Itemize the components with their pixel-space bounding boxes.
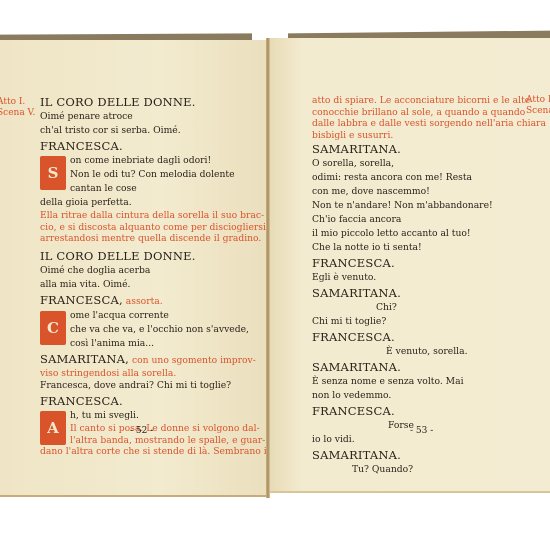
margin-note-act: Atto I. <box>0 97 35 108</box>
speaker: FRANCESCA. <box>312 255 546 271</box>
verse-block-with-initial: S on come inebriate dagli odori! Non le … <box>40 154 273 196</box>
stage-direction: atto di spiare. Le acconciature bicorni … <box>312 95 546 107</box>
stage-direction: viso stringendosi alla sorella. <box>40 368 273 380</box>
stage-direction: Ella ritrae dalla cintura della sorella … <box>40 210 273 222</box>
stage-direction: arrestandosi mentre quella discende il g… <box>40 233 273 245</box>
speaker: FRANCESCA. <box>40 393 273 409</box>
verse-line: della gioia perfetta. <box>40 196 273 210</box>
illuminated-initial: S <box>40 156 66 190</box>
verse-line: on come inebriate dagli odori! <box>40 154 273 168</box>
speaker: IL CORO DELLE DONNE. <box>40 94 273 110</box>
verse-line: Oimé che doglia acerba <box>40 264 273 278</box>
speaker: FRANCESCA. <box>312 403 546 419</box>
speaker: SAMARITANA. <box>312 285 546 301</box>
stage-direction: dalle labbra e dalle vesti sorgendo nell… <box>312 118 546 130</box>
left-margin-note: Atto I. Scena V. <box>0 97 35 119</box>
speaker: SAMARITANA. <box>312 141 546 157</box>
verse-line: Ch'io faccia ancora <box>312 213 546 227</box>
speaker: IL CORO DELLE DONNE. <box>40 248 273 264</box>
verse-line: Chi mi ti toglie? <box>312 315 546 329</box>
speaker: FRANCESCA. <box>40 138 273 154</box>
open-book: Atto I. Scena V. IL CORO DELLE DONNE. Oi… <box>0 30 550 510</box>
illuminated-initial: C <box>40 311 66 345</box>
verse-line: Francesca, dove andrai? Chi mi ti toglie… <box>40 379 273 393</box>
speaker: SAMARITANA, <box>40 352 129 366</box>
stage-direction: assorta. <box>126 296 163 307</box>
margin-note-scene: Scena V. <box>0 108 35 119</box>
stage-direction: bisbigli e susurri. <box>312 130 546 142</box>
book-gutter <box>266 38 270 498</box>
verse-line: È venuto, sorella. <box>312 345 546 359</box>
stage-direction: cio, e si discosta alquanto come per dis… <box>40 222 273 234</box>
verse-line: cantan le cose <box>40 182 273 196</box>
verse-line: ome l'acqua corrente <box>40 309 273 323</box>
left-page-text: IL CORO DELLE DONNE. Oimé penare atroce … <box>40 94 273 458</box>
stage-direction: conocchie brillano al sole, a quando a q… <box>312 107 546 119</box>
illuminated-initial: A <box>40 411 66 445</box>
verse-block-with-initial: A h, tu mi svegli. Il canto si posa. Le … <box>40 409 273 446</box>
verse-line: alla mia vita. Oimé. <box>40 278 273 292</box>
right-page-text: atto di spiare. Le acconciature bicorni … <box>312 95 546 477</box>
stage-direction: Il canto si posa. Le donne si volgono da… <box>40 423 273 435</box>
verse-line: Non le odi tu? Con melodia dolente <box>40 168 273 182</box>
speaker: SAMARITANA. <box>312 359 546 375</box>
page-number: - 52 - <box>130 426 153 436</box>
verse-line: Chi? <box>312 301 546 315</box>
verse-line: Tu? Quando? <box>312 463 546 477</box>
verse-line: O sorella, sorella, <box>312 157 546 171</box>
verse-line: Egli è venuto. <box>312 271 546 285</box>
verse-line: Non te n'andare! Non m'abbandonare! <box>312 199 546 213</box>
speaker: SAMARITANA. <box>312 447 546 463</box>
verse-line: È senza nome e senza volto. Mai <box>312 375 546 389</box>
verse-block-with-initial: C ome l'acqua corrente che va che va, e … <box>40 309 273 351</box>
verse-line: il mio piccolo letto accanto al tuo! <box>312 227 546 241</box>
verse-line: che va che va, e l'occhio non s'avvede, <box>40 323 273 337</box>
stage-direction: dano l'altra corte che si stende di là. … <box>40 446 273 458</box>
verse-line: Che la notte io ti senta! <box>312 241 546 255</box>
page-number: - 53 - <box>410 426 433 436</box>
speaker: FRANCESCA, <box>40 293 123 307</box>
verse-line: h, tu mi svegli. <box>40 409 273 423</box>
verse-line: odimi: resta ancora con me! Resta <box>312 171 546 185</box>
speaker: FRANCESCA. <box>312 329 546 345</box>
left-page: Atto I. Scena V. IL CORO DELLE DONNE. Oi… <box>0 40 268 497</box>
verse-line: ch'al tristo cor si serba. Oimé. <box>40 124 273 138</box>
verse-line: così l'anima mia... <box>40 337 273 351</box>
stage-direction: con uno sgomento improv- <box>132 355 256 366</box>
right-page: Atto I. Scena V. atto di spiare. Le acco… <box>268 38 550 493</box>
stage-direction: l'altra banda, mostrando le spalle, e gu… <box>40 435 273 447</box>
verse-line: Oimé penare atroce <box>40 110 273 124</box>
verse-line: non lo vedemmo. <box>312 389 546 403</box>
verse-line: con me, dove nascemmo! <box>312 185 546 199</box>
